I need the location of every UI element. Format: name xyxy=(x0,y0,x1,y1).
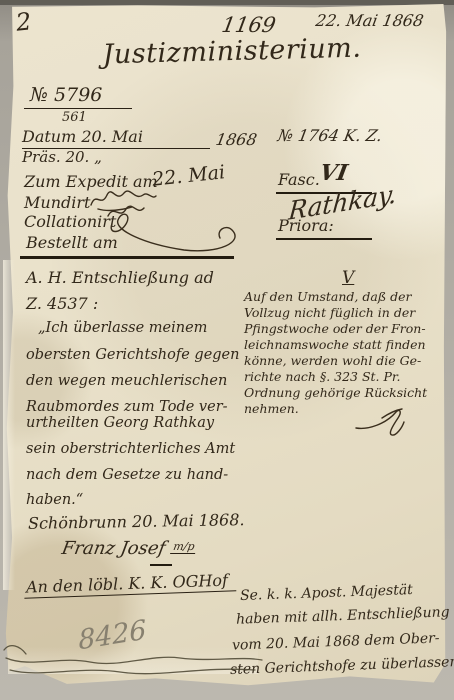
priora-underline xyxy=(276,238,372,240)
journal-number: 1169 xyxy=(220,13,278,37)
place-and-date: Schönbrunn 20. Mai 1868. xyxy=(28,510,245,533)
datum-line: Datum 20. Mai xyxy=(22,127,210,149)
decree-quote-line: „Ich überlasse meinem xyxy=(38,320,207,336)
date-top-right: 22. Mai 1868 xyxy=(314,11,425,30)
page-number: 2 xyxy=(15,7,33,36)
section-divider xyxy=(20,256,234,259)
margin-note-line: nehmen. xyxy=(244,401,299,416)
margin-note-line: Ordnung gehörige Rücksicht xyxy=(244,385,427,400)
decree-quote-line: den wegen meuchlerischen xyxy=(26,373,227,389)
margin-note-line: leichnamswoche statt finden xyxy=(244,337,426,352)
decree-quote-line: urtheilten Georg Rathkay xyxy=(26,415,214,431)
mundirt-label: Mundirt xyxy=(24,193,90,212)
photo-edge xyxy=(0,0,454,5)
margin-note-line: Pfingstwoche oder der Fron- xyxy=(244,321,426,336)
margin-note-line: richte nach §. 323 St. Pr. xyxy=(244,369,401,384)
collationirt-signature-flourish-icon xyxy=(104,200,254,260)
bestellt-label: Bestellt am xyxy=(26,233,118,252)
signature-dash xyxy=(150,564,172,566)
decree-quote-line: obersten Gerichtshofe gegen xyxy=(26,347,239,363)
priora-label: Priora: xyxy=(278,216,334,235)
decree-quote-line: Raubmordes zum Tode ver- xyxy=(26,399,228,415)
decree-heading: A. H. Entschließung ad xyxy=(26,268,214,287)
decree-quote-line: sein oberstrichterliches Amt xyxy=(26,441,235,457)
emperor-signature-name: Franz Josef xyxy=(60,538,167,559)
scanned-document: 2 1169 22. Mai 1868 Justizministerium. №… xyxy=(0,0,454,700)
paper-crease-lines xyxy=(0,640,300,690)
decree-quote-line: nach dem Gesetze zu hand- xyxy=(26,467,228,483)
decree-heading-number: Z. 4537 : xyxy=(26,294,98,313)
reference-number: № 1764 K. Z. xyxy=(276,126,383,145)
fasc-label: Fasc. xyxy=(278,170,320,189)
margin-note-line: könne, werden wohl die Ge- xyxy=(244,353,421,368)
file-number: № 5796 xyxy=(24,84,132,109)
margin-note-mark: V xyxy=(342,268,354,288)
datum-year: 1868 xyxy=(214,130,258,149)
emperor-signature: Franz Josef m/p xyxy=(60,538,198,559)
margin-note-line: Vollzug nicht füglich in der xyxy=(244,305,415,320)
collationirt-label: Collationirt xyxy=(24,212,116,231)
paraph-initial-icon xyxy=(352,406,408,438)
fasc-value: VI xyxy=(318,160,350,186)
torn-edge-left xyxy=(3,260,15,590)
praes-line: Präs. 20. „ xyxy=(22,148,102,166)
margin-note-line: Auf den Umstand, daß der xyxy=(244,289,412,304)
file-number-sub: 561 xyxy=(62,110,87,125)
manu-propria-mark: m/p xyxy=(170,540,198,554)
decree-quote-line: haben.“ xyxy=(26,492,83,508)
